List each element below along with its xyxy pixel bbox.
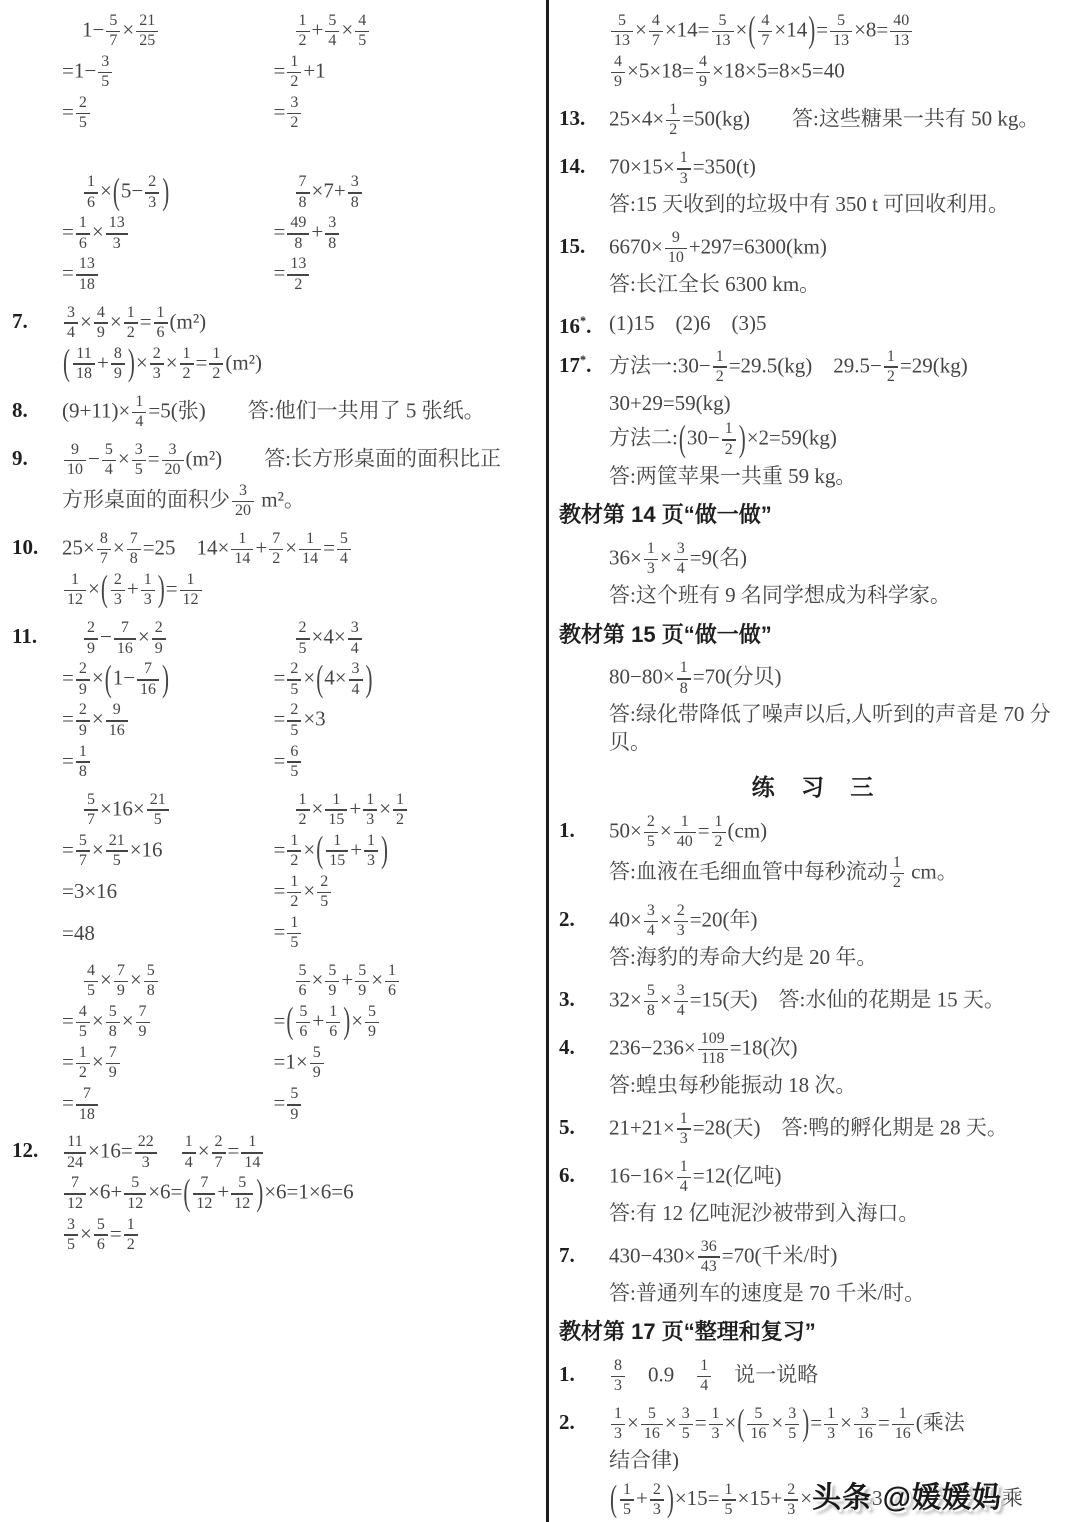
fraction: 25 — [296, 620, 310, 657]
math-expression: =(56+16)×59 — [274, 1004, 533, 1041]
fraction: 29 — [152, 620, 166, 657]
big-paren: ( — [183, 1169, 190, 1218]
fraction: 12 — [124, 1217, 138, 1254]
answer-body: 16−16×14=12(亿吨)答:有 12 亿吨泥沙被带到入海口。 — [609, 1155, 1076, 1232]
math-expression: =498+38 — [274, 215, 533, 252]
math-row: 答:有 12 亿吨泥沙被带到入海口。 — [609, 1200, 1076, 1228]
fraction: 27 — [212, 1134, 226, 1171]
item-number: 8. — [12, 390, 62, 435]
answer-body: 83 0.9 14 说一说略 — [609, 1354, 1076, 1399]
math-row: 21+21×13=28(天) 答:鸭的孵化期是 28 天。 — [609, 1111, 1076, 1148]
math-row: 结合律) — [609, 1447, 1076, 1475]
big-paren: ( — [63, 340, 70, 389]
fraction: 89 — [111, 346, 125, 383]
math-row: 答:长江全长 6300 km。 — [609, 271, 1076, 299]
answer-body: 13×516×35=13×(516×35)=13×316=116(乘法结合律)(… — [609, 1402, 1076, 1522]
answer-block: 36×13×34=9(名)答:这个班有 9 名同学想成为科学家。 — [559, 537, 1076, 614]
item-number: 7. — [12, 301, 62, 387]
fraction: 18 — [76, 744, 90, 781]
fraction: 25 — [644, 814, 658, 851]
fraction: 12 — [76, 1045, 90, 1082]
big-paren: ( — [286, 998, 293, 1047]
math-expression: 236−236×109118=18(次) — [609, 1031, 1076, 1068]
fraction: 13 — [363, 792, 377, 829]
math-expression: 结合律) — [609, 1447, 1076, 1475]
big-paren: ) — [808, 7, 815, 56]
workbook-answer-page: 1−57×212512+54×45=1−35=12+1=25=3216×(5−2… — [0, 0, 1080, 1522]
math-expression: 13×516×35=13×(516×35)=13×316=116(乘法 — [609, 1406, 1076, 1443]
math-row: (1118+89)×23×12=12(m²) — [62, 346, 532, 383]
fraction: 115 — [325, 792, 347, 829]
big-paren: ) — [162, 168, 169, 217]
math-expression: =29×(1−716) — [62, 661, 274, 698]
item-number: 1. — [559, 1354, 609, 1399]
math-expression: =32 — [274, 95, 533, 132]
fraction: 12 — [287, 874, 301, 911]
answer-block: 14.70×15×13=350(t)答:15 天收到的垃圾中有 350 t 可回… — [559, 146, 1076, 223]
fraction: 35 — [132, 442, 146, 479]
answer-body: (9+11)×14=5(张) 答:他们一共用了 5 张纸。 — [62, 390, 532, 435]
math-row: 36×13×34=9(名) — [609, 541, 1076, 578]
math-row: 34×49×12=16(m²) — [62, 305, 532, 342]
big-paren: ) — [739, 415, 746, 464]
math-row: 32×58×34=15(天) 答:水仙的花期是 15 天。 — [609, 983, 1076, 1020]
math-expression: =718 — [62, 1086, 274, 1123]
answer-block: 8.(9+11)×14=5(张) 答:他们一共用了 5 张纸。 — [12, 390, 532, 435]
answer-body: 34×49×12=16(m²)(1118+89)×23×12=12(m²) — [62, 301, 532, 387]
math-expression: =12×25 — [274, 874, 533, 911]
fraction: 12 — [393, 792, 407, 829]
fraction: 54 — [102, 442, 116, 479]
fraction: 223 — [135, 1134, 157, 1171]
fraction: 513 — [611, 13, 633, 50]
answer-block: 7.34×49×12=16(m²)(1118+89)×23×12=12(m²) — [12, 301, 532, 387]
math-row: 答:这个班有 9 名同学想成为科学家。 — [609, 582, 1076, 610]
fraction: 25 — [76, 95, 90, 132]
fraction: 23 — [145, 174, 159, 211]
math-expression: 910−54×35=320(m²) 答:长方形桌面的面积比正 — [62, 442, 532, 479]
math-expression: 答:有 12 亿吨泥沙被带到入海口。 — [609, 1200, 1076, 1228]
fraction: 4013 — [890, 13, 912, 50]
fraction: 13 — [611, 1406, 625, 1443]
fraction: 320 — [162, 442, 184, 479]
fraction: 54 — [337, 531, 351, 568]
math-row: 430−430×3643=70(千米/时) — [609, 1239, 1076, 1276]
fraction: 112 — [180, 572, 202, 609]
answer-body: 25×4×12=50(kg) 答:这些糖果一共有 50 kg。 — [609, 98, 1076, 143]
fraction: 59 — [325, 963, 339, 1000]
fraction: 23 — [111, 572, 125, 609]
fraction: 35 — [64, 1217, 78, 1254]
answer-body: 方法一:30−12=29.5(kg) 29.5−12=29(kg)30+29=5… — [609, 345, 1076, 495]
math-expression: =12×(115+13) — [274, 833, 533, 870]
fraction: 320 — [232, 483, 254, 520]
math-expression: 12+54×45 — [274, 13, 533, 50]
math-row: 49×5×18=49×18×5=8×5=40 — [609, 54, 1076, 91]
math-expression: =25×3 — [274, 702, 533, 739]
big-paren: ( — [679, 415, 686, 464]
answer-block: 2.40×34×23=20(年)答:海豹的寿命大约是 20 年。 — [559, 899, 1076, 976]
fraction: 57 — [76, 833, 90, 870]
fraction: 79 — [106, 1045, 120, 1082]
math-row: 910−54×35=320(m²) 答:长方形桌面的面积比正 — [62, 442, 532, 479]
math-row: =29×(1−716)=25×(4×34) — [62, 661, 532, 698]
item-number: 2. — [559, 899, 609, 976]
answer-block: 9.910−54×35=320(m²) 答:长方形桌面的面积比正方形桌面的面积少… — [12, 438, 532, 524]
math-expression: 40×34×23=20(年) — [609, 903, 1076, 940]
fraction: 16 — [84, 174, 98, 211]
fraction: 498 — [287, 215, 309, 252]
item-number — [12, 9, 62, 136]
math-row: 513×47×14=513×(47×14)=513×8=4013 — [609, 13, 1076, 50]
math-row: 16−16×14=12(亿吨) — [609, 1159, 1076, 1196]
math-expression: 答:两筐苹果一共重 59 kg。 — [609, 463, 1076, 491]
item-number: 7. — [559, 1235, 609, 1312]
fraction: 12 — [722, 421, 736, 458]
answer-body: 21+21×13=28(天) 答:鸭的孵化期是 28 天。 — [609, 1107, 1076, 1152]
fraction: 45 — [355, 13, 369, 50]
exercise-heading-block: 练 习 三 — [559, 769, 1076, 802]
answer-body: 70×15×13=350(t)答:15 天收到的垃圾中有 350 t 可回收利用… — [609, 146, 1076, 223]
math-expression: (1)15 (2)6 (3)5 — [609, 310, 1076, 338]
item-number: 12. — [12, 1130, 62, 1257]
math-row: 30+29=59(kg) — [609, 390, 1076, 418]
math-expression: 34×49×12=16(m²) — [62, 305, 532, 342]
math-expression: 方法一:30−12=29.5(kg) 29.5−12=29(kg) — [609, 349, 1076, 386]
math-row: 712×6+512×6=(712+512)×6=1×6=6 — [62, 1175, 532, 1212]
answer-block: 17*.方法一:30−12=29.5(kg) 29.5−12=29(kg)30+… — [559, 345, 1076, 495]
fraction: 35 — [679, 1406, 693, 1443]
math-expression: 6670×910+297=6300(km) — [609, 230, 1076, 267]
math-row: 1124×16=223 14×27=114 — [62, 1134, 532, 1171]
fraction: 83 — [611, 1358, 625, 1395]
math-expression: =12+1 — [274, 54, 533, 91]
math-expression: 答:血液在毛细血管中每秒流动12 cm。 — [609, 855, 1076, 892]
section-heading: 教材第 14 页“做一做” — [559, 501, 1076, 530]
fraction: 716 — [137, 661, 159, 698]
math-expression: 1−57×2125 — [62, 13, 274, 50]
math-expression: 57×16×215 — [62, 792, 274, 829]
item-number — [559, 656, 609, 761]
answer-block: 11.29−716×2925×4×34=29×(1−716)=25×(4×34)… — [12, 616, 532, 784]
big-paren: ) — [256, 1169, 263, 1218]
fraction: 78 — [127, 531, 141, 568]
fraction: 14 — [182, 1134, 196, 1171]
fraction: 115 — [326, 833, 348, 870]
answer-block: 1.83 0.9 14 说一说略 — [559, 1354, 1076, 1399]
big-paren: ( — [610, 1476, 617, 1522]
fraction: 56 — [94, 1217, 108, 1254]
math-row: =45×58×79=(56+16)×59 — [62, 1004, 532, 1041]
fraction: 29 — [76, 702, 90, 739]
fraction: 23 — [674, 903, 688, 940]
math-row: 1−57×212512+54×45 — [62, 13, 532, 50]
item-number: 11. — [12, 616, 62, 784]
big-paren: ) — [343, 998, 350, 1047]
answer-block: 45×79×5856×59+59×16=45×58×79=(56+16)×59=… — [12, 959, 532, 1127]
fraction: 45 — [84, 963, 98, 1000]
fraction: 12 — [713, 349, 727, 386]
answer-block: 16*.(1)15 (2)6 (3)5 — [559, 306, 1076, 342]
big-paren: ) — [366, 655, 373, 704]
fraction: 87 — [97, 531, 111, 568]
answer-body: 513×47×14=513×(47×14)=513×8=401349×5×18=… — [609, 9, 1076, 95]
item-number — [559, 9, 609, 95]
math-row: =25=32 — [62, 95, 532, 132]
answer-block: 57×16×21512×115+13×12=57×215×16=12×(115+… — [12, 788, 532, 956]
big-paren: ( — [101, 566, 108, 615]
fraction: 2125 — [136, 13, 158, 50]
math-row: =29×916=25×3 — [62, 702, 532, 739]
item-number: 1. — [559, 810, 609, 896]
math-row: (1)15 (2)6 (3)5 — [609, 310, 1076, 338]
fraction: 65 — [287, 744, 301, 781]
big-paren: ( — [105, 655, 112, 704]
fraction: 16 — [76, 215, 90, 252]
answer-block: 1.50×25×140=12(cm)答:血液在毛细血管中每秒流动12 cm。 — [559, 810, 1076, 896]
math-row: =18=65 — [62, 744, 532, 781]
item-number: 2. — [559, 1402, 609, 1522]
big-paren: ( — [316, 655, 323, 704]
math-expression: 答:长江全长 6300 km。 — [609, 271, 1076, 299]
fraction: 13 — [824, 1406, 838, 1443]
fraction: 34 — [64, 305, 78, 342]
fraction: 15 — [620, 1482, 634, 1519]
math-row: =16×133=498+38 — [62, 215, 532, 252]
fraction: 34 — [674, 983, 688, 1020]
answer-block: 4.236−236×109118=18(次)答:蝗虫每秒能振动 18 次。 — [559, 1027, 1076, 1104]
big-paren: ) — [158, 566, 165, 615]
fraction: 16 — [385, 963, 399, 1000]
math-expression: =45×58×79 — [62, 1004, 274, 1041]
fraction: 59 — [355, 963, 369, 1000]
big-paren: ( — [113, 168, 120, 217]
math-row: =718=59 — [62, 1086, 532, 1123]
math-row: 35×56=12 — [62, 1217, 532, 1254]
math-expression: 35×56=12 — [62, 1217, 532, 1254]
math-expression: 513×47×14=513×(47×14)=513×8=4013 — [609, 13, 1076, 50]
fraction: 54 — [325, 13, 339, 50]
fraction: 35 — [98, 54, 112, 91]
fraction: 13 — [141, 572, 155, 609]
math-expression: 36×13×34=9(名) — [609, 541, 1076, 578]
math-row: 57×16×21512×115+13×12 — [62, 792, 532, 829]
right-column: 513×47×14=513×(47×14)=513×8=401349×5×18=… — [549, 0, 1080, 1522]
fraction: 57 — [84, 792, 98, 829]
answer-block: 13.25×4×12=50(kg) 答:这些糖果一共有 50 kg。 — [559, 98, 1076, 143]
fraction: 133 — [106, 215, 128, 252]
math-expression: =48 — [62, 920, 274, 948]
math-expression: 答:绿化带降低了噪声以后,人听到的声音是 70 分贝。 — [609, 701, 1076, 756]
fraction: 716 — [114, 620, 136, 657]
answer-body: 40×34×23=20(年)答:海豹的寿命大约是 20 年。 — [609, 899, 1076, 976]
math-expression: =3×16 — [62, 878, 274, 906]
math-expression: 112×(23+13)=112 — [62, 572, 532, 609]
math-row: 45×79×5856×59+59×16 — [62, 963, 532, 1000]
answer-block: 2.13×516×35=13×(516×35)=13×316=116(乘法结合律… — [559, 1402, 1076, 1522]
math-expression: 32×58×34=15(天) 答:水仙的花期是 15 天。 — [609, 983, 1076, 1020]
math-expression: 25×87×78=25 14×114+72×114=54 — [62, 531, 532, 568]
big-paren: ) — [381, 827, 388, 876]
math-row: 25×4×12=50(kg) 答:这些糖果一共有 50 kg。 — [609, 102, 1076, 139]
math-expression: (15+23)×15=15×15+23×头条3@媛媛妈乘 — [609, 1479, 1076, 1519]
fraction: 12 — [666, 102, 680, 139]
math-row: 答:15 天收到的垃圾中有 350 t 可回收利用。 — [609, 191, 1076, 219]
item-number — [12, 788, 62, 956]
fraction: 109118 — [698, 1031, 728, 1068]
math-expression: (1118+89)×23×12=12(m²) — [62, 346, 532, 383]
fraction: 23 — [650, 1482, 664, 1519]
fraction: 1318 — [76, 256, 98, 293]
fraction: 58 — [144, 963, 158, 1000]
answer-body: 36×13×34=9(名)答:这个班有 9 名同学想成为科学家。 — [609, 537, 1076, 614]
fraction: 1118 — [73, 346, 95, 383]
math-expression: 30+29=59(kg) — [609, 390, 1076, 418]
section-heading-block: 教材第 17 页“整理和复习” — [559, 1318, 1076, 1347]
answer-block: 7.430−430×3643=70(千米/时)答:普通列车的速度是 70 千米/… — [559, 1235, 1076, 1312]
fraction: 12 — [296, 13, 310, 50]
fraction: 513 — [830, 13, 852, 50]
exercise-heading: 练 习 三 — [559, 769, 1076, 802]
fraction: 516 — [747, 1406, 769, 1443]
fraction: 35 — [785, 1406, 799, 1443]
fraction: 45 — [76, 1004, 90, 1041]
math-row: 13×516×35=13×(516×35)=13×316=116(乘法 — [609, 1406, 1076, 1443]
math-row: 6670×910+297=6300(km) — [609, 230, 1076, 267]
math-row: 40×34×23=20(年) — [609, 903, 1076, 940]
fraction: 16 — [154, 305, 168, 342]
math-expression: 45×79×58 — [62, 963, 274, 1000]
fraction: 316 — [854, 1406, 876, 1443]
math-expression: 56×59+59×16 — [274, 963, 533, 1000]
fraction: 72 — [269, 531, 283, 568]
math-expression: =1318 — [62, 256, 274, 293]
math-expression: =1×59 — [274, 1045, 533, 1082]
fraction: 59 — [287, 1086, 301, 1123]
answer-block: 6.16−16×14=12(亿吨)答:有 12 亿吨泥沙被带到入海口。 — [559, 1155, 1076, 1232]
math-row: 答:海豹的寿命大约是 20 年。 — [609, 944, 1076, 972]
fraction: 14 — [132, 394, 146, 431]
watermark: 头条 — [812, 1482, 872, 1514]
math-expression: =18 — [62, 744, 274, 781]
math-expression: 1124×16=223 14×27=114 — [62, 1134, 532, 1171]
item-number: 10. — [12, 527, 62, 613]
fraction: 114 — [231, 531, 253, 568]
item-number: 17*. — [559, 345, 609, 495]
fraction: 49 — [696, 54, 710, 91]
item-number: 14. — [559, 146, 609, 223]
fraction: 59 — [365, 1004, 379, 1041]
fraction: 1124 — [64, 1134, 86, 1171]
math-expression: =16×133 — [62, 215, 274, 252]
item-number: 9. — [12, 438, 62, 524]
math-row: =1−35=12+1 — [62, 54, 532, 91]
math-expression: 答:这个班有 9 名同学想成为科学家。 — [609, 582, 1076, 610]
fraction: 34 — [644, 903, 658, 940]
math-row: (9+11)×14=5(张) 答:他们一共用了 5 张纸。 — [62, 394, 532, 431]
fraction: 15 — [287, 915, 301, 952]
fraction: 13 — [709, 1406, 723, 1443]
fraction: 13 — [644, 541, 658, 578]
fraction: 12 — [296, 792, 310, 829]
math-row: 50×25×140=12(cm) — [609, 814, 1076, 851]
section-heading: 教材第 15 页“做一做” — [559, 621, 1076, 650]
math-row: 方法一:30−12=29.5(kg) 29.5−12=29(kg) — [609, 349, 1076, 386]
answer-block: 10.25×87×78=25 14×114+72×114=54112×(23+1… — [12, 527, 532, 613]
fraction: 38 — [325, 215, 339, 252]
math-expression: 21+21×13=28(天) 答:鸭的孵化期是 28 天。 — [609, 1111, 1076, 1148]
big-paren: ) — [128, 340, 135, 389]
math-row: =12×79=1×59 — [62, 1045, 532, 1082]
fraction: 12 — [712, 814, 726, 851]
answer-block: 5.21+21×13=28(天) 答:鸭的孵化期是 28 天。 — [559, 1107, 1076, 1152]
fraction: 78 — [296, 174, 310, 211]
fraction: 25 — [287, 702, 301, 739]
item-number: 15. — [559, 226, 609, 303]
fraction: 47 — [758, 13, 772, 50]
answer-body: 910−54×35=320(m²) 答:长方形桌面的面积比正方形桌面的面积少32… — [62, 438, 532, 524]
math-expression: =1−35 — [62, 54, 274, 91]
answer-block: 1−57×212512+54×45=1−35=12+1=25=32 — [12, 9, 532, 136]
math-expression: 70×15×13=350(t) — [609, 150, 1076, 187]
math-row: 83 0.9 14 说一说略 — [609, 1358, 1076, 1395]
big-paren: ) — [667, 1476, 674, 1522]
fraction: 57 — [106, 13, 120, 50]
math-row: 112×(23+13)=112 — [62, 572, 532, 609]
math-row: 236−236×109118=18(次) — [609, 1031, 1076, 1068]
star-marker: * — [580, 314, 586, 328]
math-expression: 答:普通列车的速度是 70 千米/时。 — [609, 1280, 1076, 1308]
fraction: 79 — [114, 963, 128, 1000]
math-expression: =25×(4×34) — [274, 661, 533, 698]
answer-block: 80−80×18=70(分贝)答:绿化带降低了噪声以后,人听到的声音是 70 分… — [559, 656, 1076, 761]
math-row: 方形桌面的面积少320 m²。 — [62, 483, 532, 520]
fraction: 59 — [310, 1045, 324, 1082]
fraction: 12 — [180, 346, 194, 383]
section-heading-block: 教材第 15 页“做一做” — [559, 621, 1076, 650]
math-row: =1318=132 — [62, 256, 532, 293]
math-expression: 430−430×3643=70(千米/时) — [609, 1239, 1076, 1276]
fraction: 215 — [147, 792, 169, 829]
fraction: 49 — [611, 54, 625, 91]
watermark: @媛媛妈 — [883, 1482, 1002, 1514]
answer-body: 32×58×34=15(天) 答:水仙的花期是 15 天。 — [609, 979, 1076, 1024]
answer-body: 236−236×109118=18(次)答:蝗虫每秒能振动 18 次。 — [609, 1027, 1076, 1104]
fraction: 47 — [649, 13, 663, 50]
big-paren: ) — [802, 1400, 809, 1449]
answer-body: 1124×16=223 14×27=114712×6+512×6=(712+51… — [62, 1130, 532, 1257]
answer-body: (1)15 (2)6 (3)5 — [609, 306, 1076, 342]
fraction: 12 — [287, 833, 301, 870]
item-number: 16*. — [559, 306, 609, 342]
fraction: 38 — [348, 174, 362, 211]
math-row: 答:血液在毛细血管中每秒流动12 cm。 — [609, 855, 1076, 892]
math-row: =48=15 — [62, 915, 532, 952]
math-expression: 80−80×18=70(分贝) — [609, 660, 1076, 697]
answer-body: 50×25×140=12(cm)答:血液在毛细血管中每秒流动12 cm。 — [609, 810, 1076, 896]
math-expression: 49×5×18=49×18×5=8×5=40 — [609, 54, 1076, 91]
fraction: 516 — [641, 1406, 663, 1443]
math-row: 80−80×18=70(分贝) — [609, 660, 1076, 697]
answer-block: 513×47×14=513×(47×14)=513×8=401349×5×18=… — [559, 9, 1076, 95]
fraction: 49 — [94, 305, 108, 342]
math-row: 29−716×2925×4×34 — [62, 620, 532, 657]
math-expression: 16−16×14=12(亿吨) — [609, 1159, 1076, 1196]
fraction: 512 — [124, 1175, 146, 1212]
answer-body: 1−57×212512+54×45=1−35=12+1=25=32 — [62, 9, 532, 136]
math-row: (15+23)×15=15×15+23×头条3@媛媛妈乘 — [609, 1479, 1076, 1519]
math-expression: 83 0.9 14 说一说略 — [609, 1358, 1076, 1395]
